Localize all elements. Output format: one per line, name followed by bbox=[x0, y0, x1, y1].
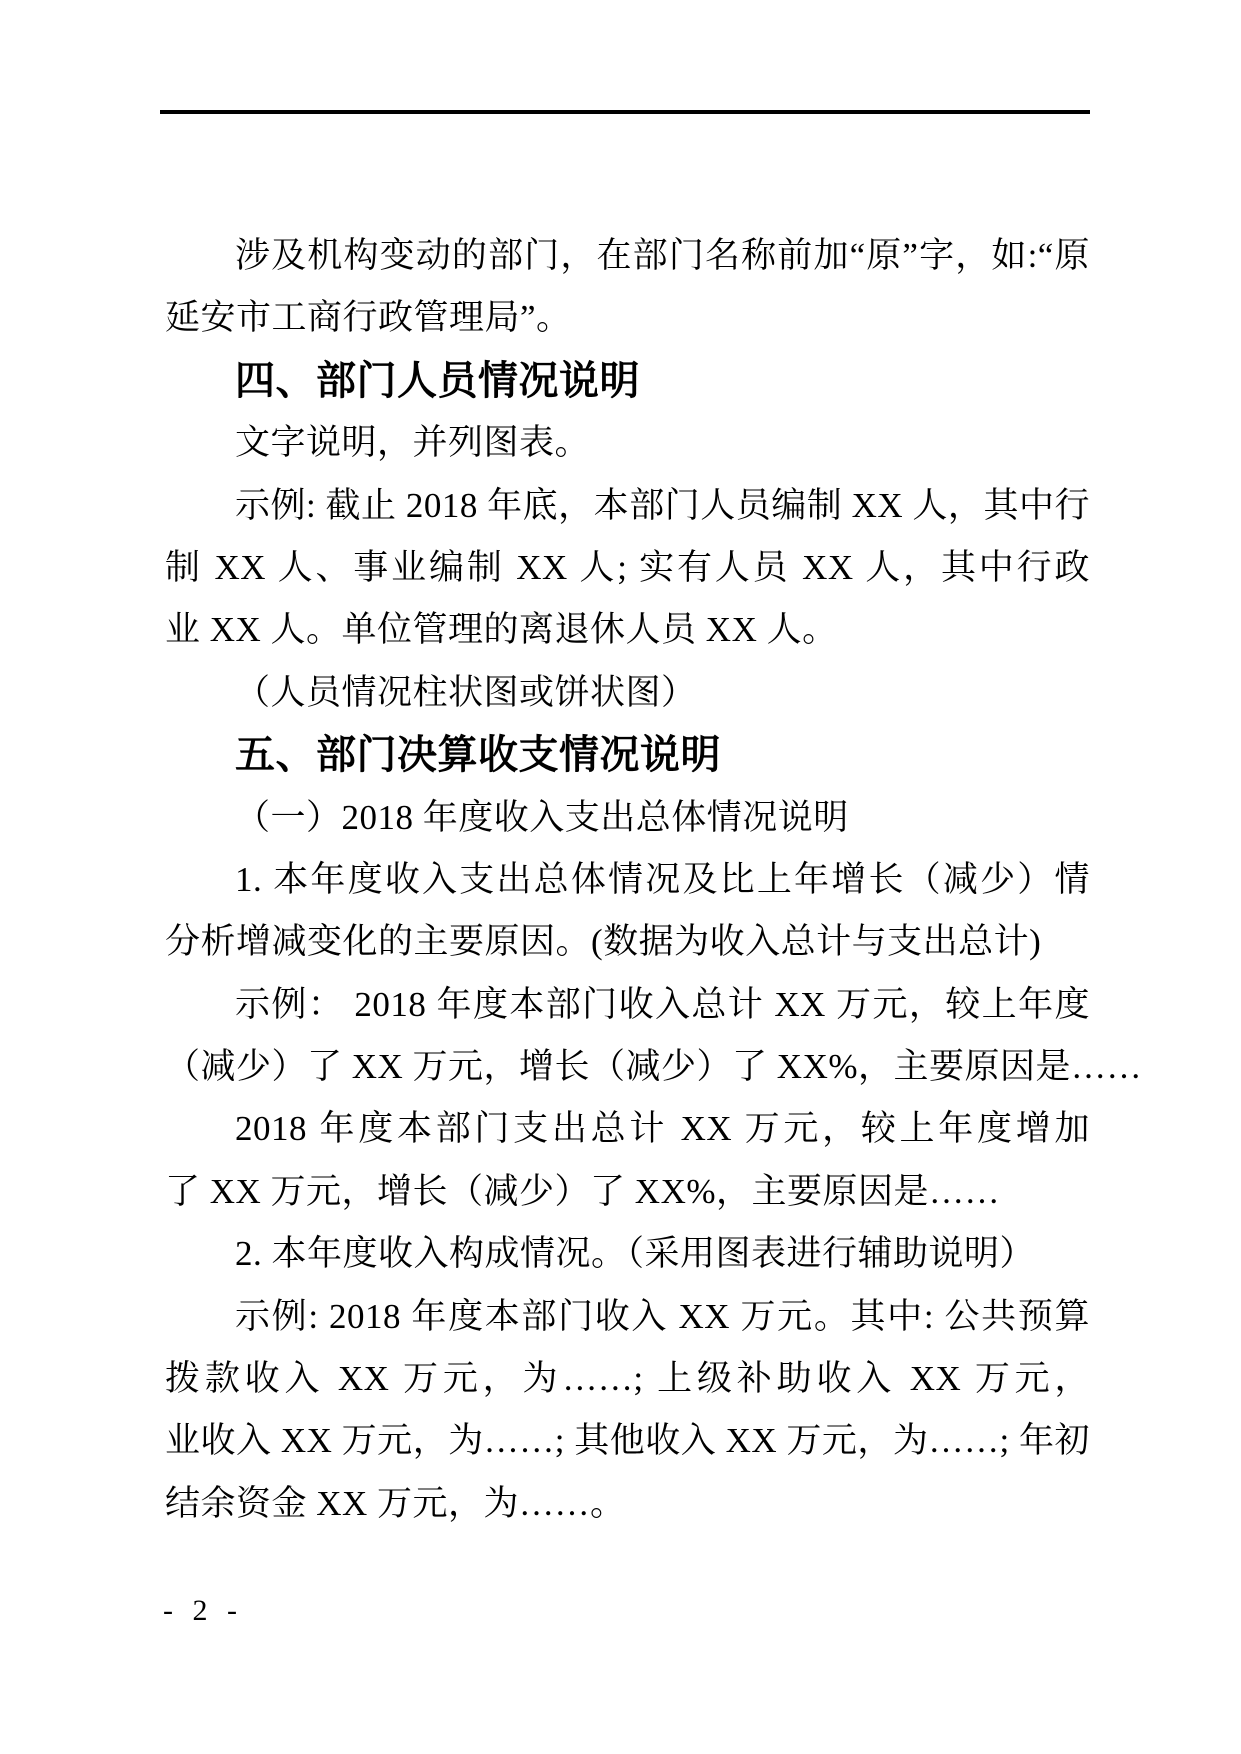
paragraph-line: 1. 本年度收入支出总体情况及比上年增长（减少）情况， bbox=[165, 849, 1090, 911]
paragraph-line: 2018 年度本部门支出总计 XX 万元，较上年度增加（减少） bbox=[165, 1098, 1090, 1160]
page-number: - 2 - bbox=[163, 1586, 243, 1636]
paragraph-line: （人员情况柱状图或饼状图） bbox=[165, 662, 1090, 724]
document-page: 涉及机构变动的部门，在部门名称前加“原”字，如:“原 延安市工商行政管理局”。 … bbox=[0, 0, 1241, 1754]
paragraph-line: 业 XX 人。单位管理的离退休人员 XX 人。 bbox=[165, 599, 1090, 661]
paragraph-line: 分析增减变化的主要原因。(数据为收入总计与支出总计) bbox=[165, 911, 1090, 973]
paragraph-line: （一）2018 年度收入支出总体情况说明 bbox=[165, 787, 1090, 849]
paragraph-line: 示例: 截止 2018 年底，本部门人员编制 XX 人，其中行政编 bbox=[165, 475, 1090, 537]
paragraph-line: 示例： 2018 年度本部门收入总计 XX 万元，较上年度增加 bbox=[165, 974, 1090, 1036]
paragraph-line: 结余资金 XX 万元，为……。 bbox=[165, 1473, 1090, 1535]
paragraph-line: （减少）了 XX 万元，增长（减少）了 XX%，主要原因是…… bbox=[165, 1036, 1090, 1098]
paragraph-line: 文字说明，并列图表。 bbox=[165, 412, 1090, 474]
paragraph-line: 2. 本年度收入构成情况。（采用图表进行辅助说明） bbox=[165, 1223, 1090, 1285]
paragraph-line: 了 XX 万元，增长（减少）了 XX%，主要原因是…… bbox=[165, 1161, 1090, 1223]
paragraph-line: 延安市工商行政管理局”。 bbox=[165, 287, 1090, 349]
paragraph-line: 涉及机构变动的部门，在部门名称前加“原”字，如:“原 bbox=[165, 225, 1090, 287]
section-heading-four: 四、部门人员情况说明 bbox=[165, 350, 1090, 412]
document-body: 涉及机构变动的部门，在部门名称前加“原”字，如:“原 延安市工商行政管理局”。 … bbox=[165, 225, 1090, 1535]
header-rule-divider bbox=[160, 110, 1090, 114]
section-heading-five: 五、部门决算收支情况说明 bbox=[165, 724, 1090, 786]
paragraph-line: 拨款收入 XX 万元，为……; 上级补助收入 XX 万元，为……; 事 bbox=[165, 1348, 1090, 1410]
paragraph-line: 示例: 2018 年度本部门收入 XX 万元。其中: 公共预算财政 bbox=[165, 1286, 1090, 1348]
paragraph-line: 业收入 XX 万元，为……; 其他收入 XX 万元，为……; 年初结转 bbox=[165, 1410, 1090, 1472]
paragraph-line: 制 XX 人、事业编制 XX 人; 实有人员 XX 人，其中行政 XX 人、事 bbox=[165, 537, 1090, 599]
